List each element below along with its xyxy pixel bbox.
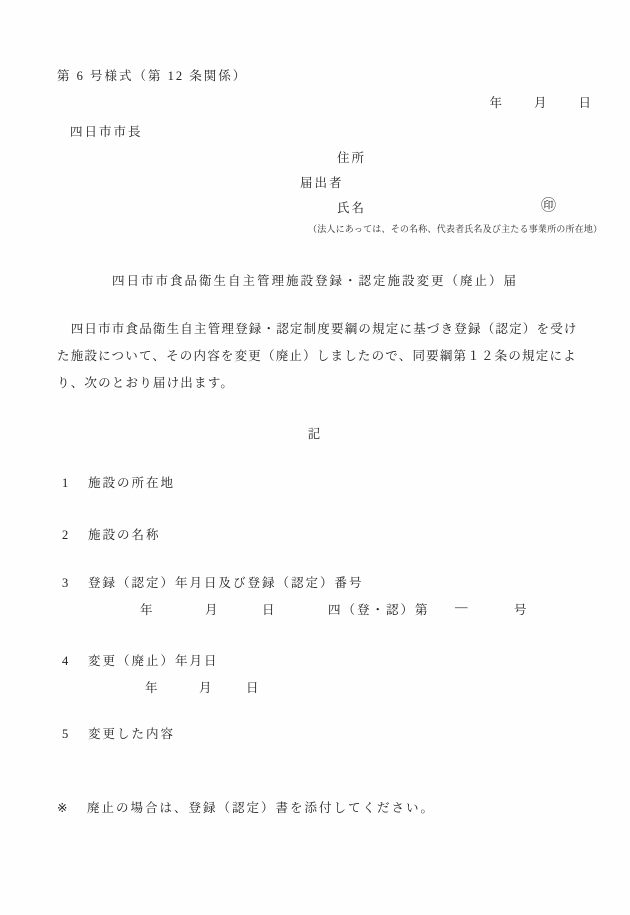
registration-number-suffix: 号: [514, 600, 529, 618]
seal-mark-icon: ㊞: [541, 194, 556, 215]
item-facility-name: 2施設の名称: [62, 525, 161, 543]
item-number: 5: [62, 727, 88, 742]
item-label: 施設の名称: [88, 528, 161, 542]
address-label: 住所: [337, 148, 366, 166]
record-marker: 記: [0, 424, 630, 442]
declarant-label: 届出者: [300, 173, 344, 191]
month-label: 月: [205, 600, 220, 618]
item-registration-date-number: 3登録（認定）年月日及び登録（認定）番号: [62, 573, 364, 591]
form-number: 第 6 号様式（第 12 条関係）: [57, 66, 247, 84]
item-label: 変更（廃止）年月日: [88, 654, 219, 668]
name-label: 氏名: [337, 198, 366, 216]
item-changed-content: 5変更した内容: [62, 724, 175, 742]
corporate-note: （法人にあっては、その名称、代表者氏名及び主たる事業所の所在地）: [308, 222, 602, 235]
registration-date-number-line: 年 月 日 四（登・認）第 ― 号: [0, 600, 630, 618]
item-label: 変更した内容: [88, 727, 175, 741]
body-paragraph: 四日市市食品衛生自主管理登録・認定制度要綱の規定に基づき登録（認定）を受け た施…: [57, 316, 582, 397]
item-label: 登録（認定）年月日及び登録（認定）番号: [88, 576, 364, 590]
body-line: た施設について、その内容を変更（廃止）しましたので、同要綱第１２条の規定によ: [57, 343, 582, 370]
addressee: 四日市市長: [70, 122, 143, 140]
item-number: 1: [62, 476, 88, 491]
item-number: 4: [62, 654, 88, 669]
registration-number-prefix: 四（登・認）第: [328, 600, 430, 618]
registration-number-dash: ―: [455, 600, 470, 615]
year-label: 年: [145, 678, 160, 696]
body-line: 四日市市食品衛生自主管理登録・認定制度要綱の規定に基づき登録（認定）を受け: [57, 316, 582, 343]
item-number: 3: [62, 576, 88, 591]
footnote-marker: ※: [57, 800, 87, 816]
year-label: 年: [140, 600, 155, 618]
item-number: 2: [62, 528, 88, 543]
footnote-text: 廃止の場合は、登録（認定）書を添付してください。: [87, 801, 435, 815]
day-label: 日: [246, 678, 261, 696]
item-change-date: 4変更（廃止）年月日: [62, 651, 219, 669]
change-date-line: 年 月 日: [0, 678, 630, 696]
form-page: 第 6 号様式（第 12 条関係） 年 月 日 四日市市長 住所 届出者 氏名 …: [0, 0, 630, 915]
month-label: 月: [199, 678, 214, 696]
body-line: り、次のとおり届け出ます。: [57, 370, 582, 397]
day-label: 日: [262, 600, 277, 618]
item-label: 施設の所在地: [88, 476, 175, 490]
footnote: ※廃止の場合は、登録（認定）書を添付してください。: [57, 798, 435, 816]
date-line: 年 月 日: [489, 93, 593, 111]
document-title: 四日市市食品衛生自主管理施設登録・認定施設変更（廃止）届: [0, 271, 630, 289]
month-label: 月: [534, 93, 549, 111]
item-facility-location: 1施設の所在地: [62, 473, 175, 491]
year-label: 年: [489, 93, 504, 111]
day-label: 日: [578, 93, 593, 111]
